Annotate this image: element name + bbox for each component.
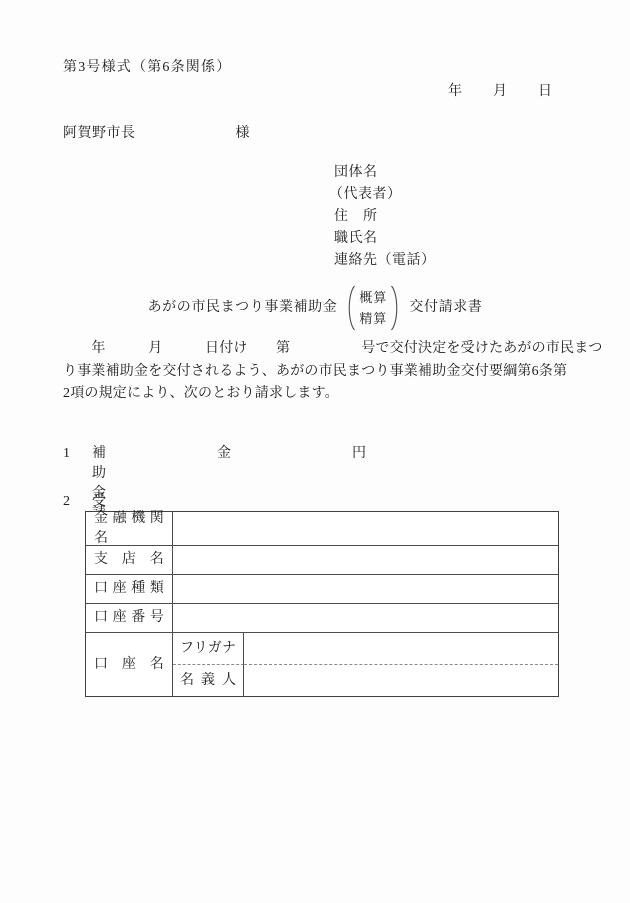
date-month-label: 月 — [493, 82, 507, 102]
account-name-label-cell: 口座名 — [86, 632, 173, 696]
account-type-value-cell — [173, 574, 558, 603]
account-type-label: 口座種類 — [94, 579, 164, 599]
bracket-options: 概算 精算 — [359, 287, 387, 329]
form-number: 第3号様式（第6条関係） — [63, 58, 231, 78]
account-number-label: 口座番号 — [94, 608, 164, 628]
item-1-number: 1 — [63, 444, 70, 464]
sender-address-label: 住 所 — [334, 206, 436, 228]
date-line: 年 月 日 — [448, 82, 552, 102]
opening-brace-icon — [343, 284, 356, 332]
sender-representative-label: （代表者） — [329, 184, 436, 206]
body-line-1: 年 月 日付け 第 号で交付決定を受けたあがの市民まつ — [63, 338, 603, 361]
option-estimate-label: 概算 — [359, 287, 387, 308]
institution-label: 金融機関名 — [94, 509, 164, 549]
amount-suffix-label: 円 — [352, 444, 366, 464]
row-branch-label-cell: 支店名 — [86, 545, 173, 574]
document-page: 第3号様式（第6条関係） 年 月 日 阿賀野市長 様 団体名 （代表者） 住 所… — [0, 0, 630, 903]
closing-brace-icon — [390, 284, 403, 332]
sender-contact-label: 連絡先（電話） — [334, 250, 436, 272]
sender-block: 団体名 （代表者） 住 所 職氏名 連絡先（電話） — [334, 162, 436, 272]
body-paragraph: 年 月 日付け 第 号で交付決定を受けたあがの市民まつ り事業補助金を交付される… — [63, 338, 603, 406]
title-suffix: 交付請求書 — [409, 298, 482, 318]
option-settlement-label: 精算 — [359, 308, 387, 329]
branch-value-cell — [173, 545, 558, 574]
amount-prefix-label: 金 — [217, 444, 231, 464]
furigana-value-cell — [244, 632, 558, 664]
addressee-line: 阿賀野市長 様 — [63, 124, 250, 144]
document-title: あがの市民まつり事業補助金 概算 精算 交付請求書 — [0, 284, 630, 332]
body-line-3: 2項の規定により、次のとおり請求します。 — [63, 383, 603, 406]
holder-label: 名義人 — [180, 671, 236, 691]
title-prefix: あがの市民まつり事業補助金 — [148, 298, 338, 318]
holder-value-cell — [244, 664, 558, 696]
furigana-label: フリガナ — [180, 639, 236, 659]
sender-title-name-label: 職氏名 — [334, 228, 436, 250]
bracket-group: 概算 精算 — [343, 284, 403, 332]
row-account-number-label-cell: 口座番号 — [86, 603, 173, 632]
row-account-type-label-cell: 口座種類 — [86, 574, 173, 603]
sender-organization-label: 団体名 — [334, 162, 436, 184]
branch-label: 支店名 — [94, 550, 164, 570]
furigana-label-cell: フリガナ — [173, 632, 244, 664]
row-institution-label-cell: 金融機関名 — [86, 512, 173, 545]
bank-account-table: 金融機関名 支店名 口座種類 口座番号 口座名 フリガナ 名義人 — [85, 511, 559, 697]
item-2-number: 2 — [63, 492, 70, 512]
addressee-honorific: 様 — [236, 124, 251, 144]
account-number-value-cell — [173, 603, 558, 632]
date-day-label: 日 — [538, 82, 552, 102]
account-name-label: 口座名 — [94, 655, 164, 675]
date-year-label: 年 — [448, 82, 462, 102]
institution-value-cell — [173, 512, 558, 545]
body-line-2: り事業補助金を交付されるよう、あがの市民まつり事業補助金交付要綱第6条第 — [63, 361, 603, 384]
addressee-recipient: 阿賀野市長 — [63, 124, 136, 144]
holder-label-cell: 名義人 — [173, 664, 244, 696]
